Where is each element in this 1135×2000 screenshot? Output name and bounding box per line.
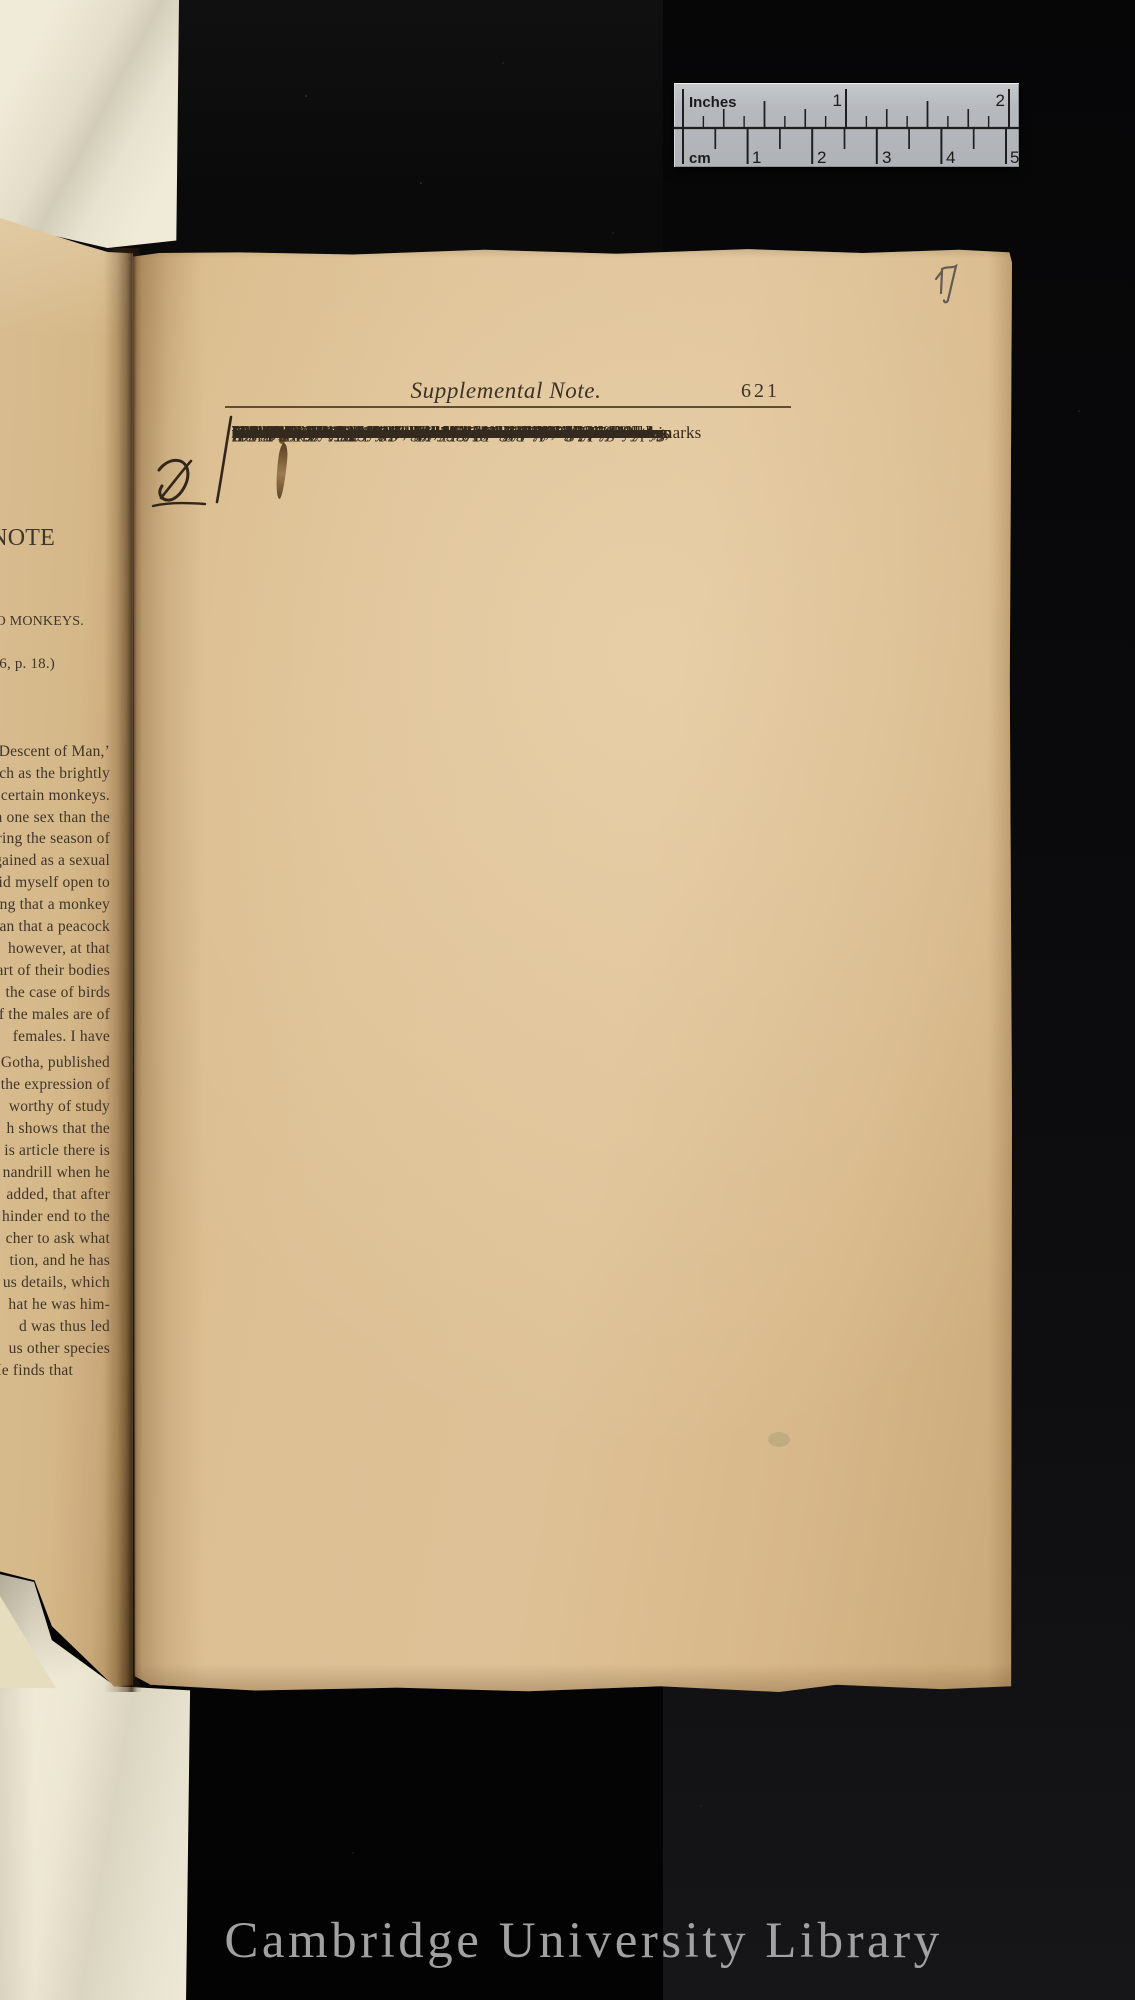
left-fragment: us other species <box>9 1340 110 1357</box>
left-fragment: Gotha, published <box>1 1054 110 1071</box>
cm-5-label: 5 <box>1010 148 1019 167</box>
cm-4-label: 4 <box>946 148 955 167</box>
flyleaf-page-top <box>0 0 179 248</box>
cm-1-label: 1 <box>752 148 761 167</box>
left-fragment: ing that a monkey <box>0 896 110 913</box>
inch-1-label: 1 <box>833 91 842 110</box>
left-fragment: NOTE <box>0 525 55 551</box>
main-page: Supplemental Note. 621 not only the mand… <box>133 248 1012 1692</box>
dust-speck <box>1078 410 1080 412</box>
left-fragment: art of their bodies <box>0 962 110 979</box>
left-fragment: id myself open to <box>0 874 110 891</box>
left-fragment: worthy of study <box>9 1098 110 1115</box>
dust-speck <box>305 95 307 97</box>
header-rule <box>225 406 791 408</box>
page-number: 621 <box>232 380 780 403</box>
left-fragment: cher to ask what <box>6 1230 110 1247</box>
left-fragment: the case of birds <box>5 984 110 1001</box>
left-fragment: females. I have <box>13 1028 110 1045</box>
left-fragment: f certain monkeys. <box>0 787 110 804</box>
left-fragment: d was thus led <box>19 1318 110 1335</box>
left-fragment: us details, which <box>3 1274 110 1291</box>
left-fragment: ring the season of <box>0 830 110 847</box>
left-fragment: 1876, p. 18.) <box>0 656 55 673</box>
dust-speck <box>612 232 614 234</box>
paper-stain <box>768 1432 790 1447</box>
left-page: NOTETO MONKEYS.1876, p. 18.)y ‘Descent o… <box>0 218 133 1694</box>
left-fragment: hinder end to the <box>2 1208 110 1225</box>
left-fragment: f the males are of <box>0 1006 110 1023</box>
left-fragment: ch as the brightly <box>0 765 110 782</box>
inches-label: Inches <box>689 94 737 111</box>
left-fragment: the expression of <box>1 1076 110 1093</box>
cm-2-label: 2 <box>817 148 826 167</box>
dust-speck <box>502 62 504 64</box>
left-fragment: y ‘Descent of Man,’ <box>0 743 110 760</box>
inch-2-label: 2 <box>996 91 1005 110</box>
photograph-of-book: NOTETO MONKEYS.1876, p. 18.)y ‘Descent o… <box>0 0 1135 2000</box>
ink-blot-dot <box>279 437 285 444</box>
dust-speck <box>700 1805 702 1807</box>
left-fragment: an that a peacock <box>0 918 110 935</box>
left-fragment: hat he was him- <box>8 1296 110 1313</box>
pencil-number <box>930 260 964 306</box>
left-fragment: however, at that <box>8 940 110 957</box>
margin-x-mark <box>146 410 242 510</box>
left-fragment: nandrill when he <box>3 1164 110 1181</box>
cm-label: cm <box>689 150 711 167</box>
left-fragment: gained as a sexual <box>0 852 110 869</box>
ruler: Inches 1 2 cm 1 2 3 4 5 <box>674 83 1019 167</box>
left-fragment: added, that after <box>6 1186 110 1203</box>
left-fragment: n one sex than the <box>0 809 110 826</box>
left-fragment: is article there is <box>4 1142 110 1159</box>
left-fragment: tion, and he has <box>10 1252 110 1269</box>
left-fragment: He finds that <box>0 1362 73 1379</box>
ruler-svg: Inches 1 2 cm 1 2 3 4 5 <box>674 83 1019 167</box>
library-credit: Cambridge University Library <box>16 1912 1135 1970</box>
dust-speck <box>420 182 422 184</box>
cm-3-label: 3 <box>882 148 891 167</box>
left-fragment: h shows that the <box>6 1120 110 1137</box>
dust-speck <box>352 1852 354 1854</box>
left-fragment: TO MONKEYS. <box>0 614 84 629</box>
